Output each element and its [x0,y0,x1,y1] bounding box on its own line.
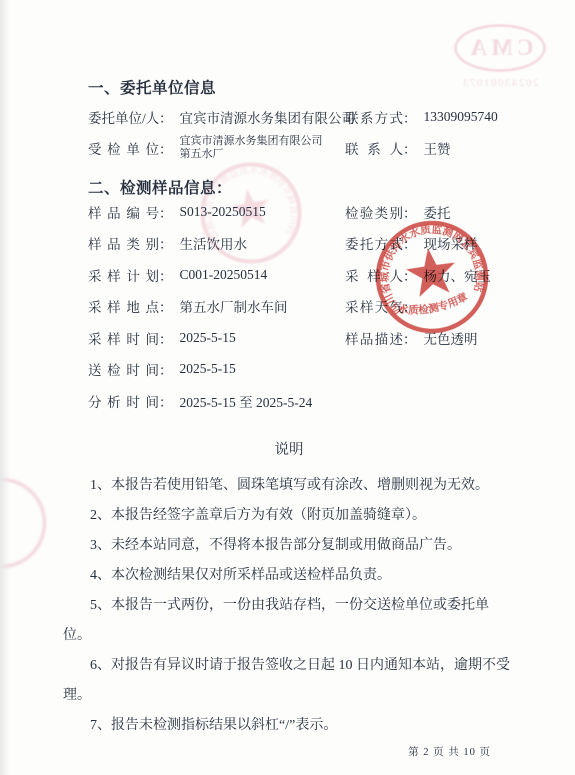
cma-watermark: CMA 20243001073 [452,24,548,89]
field-label: 采样地点 [88,296,159,316]
section1-title: 一、委托单位信息 [88,76,216,98]
field-label: 样品类别 [88,233,159,253]
scan-edge-shadow [0,0,10,775]
field-value: 生活饮用水 [180,233,248,253]
field-value: 第五水厂制水车间 [180,296,288,316]
field-value: 2025-5-15 [180,330,236,346]
cma-certificate-number: 20243001073 [452,77,548,89]
note-item: 7、报告未检测指标结果以斜杠“/”表示。 [63,711,515,741]
field-label: 送检时间 [88,359,159,379]
cma-logo-icon: CMA [454,24,546,72]
field-row-inspected-unit: 受检单位： 宜宾市清源水务集团有限公司 第五水厂 联系人： 王赞 [88,128,520,168]
note-item: 6、对报告有异议时请于报告签收之日起 10 日内通知本站，逾期不受理。 [63,651,515,711]
field-label: 采样时间 [88,328,159,348]
field-label: 样品编号 [88,202,159,222]
svg-text:水质检测专用章: 水质检测专用章 [395,289,471,320]
note-item: 5、本报告一式两份，一份由我站存档，一份交送检单位或委托单位。 [63,591,515,651]
field-row-delivery-time: 送检时间： 2025-5-15 [88,355,520,383]
field-label: 联系人 [345,138,403,158]
notes-title: 说明 [63,438,515,463]
field-label: 受检单位 [88,138,159,158]
field-value: 宜宾市清源水务集团有限公司 [180,107,356,127]
notes-section: 说明 1、本报告若使用铅笔、圆珠笔填写或有涂改、增删则视为无效。 2、本报告经签… [63,438,515,741]
field-label: 分析时间 [88,391,159,411]
scanned-report-page: { "ink_color": "#26303e", "punct": { "co… [0,0,575,775]
field-value: 2025-5-15 至 2025-5-24 [180,391,313,411]
star-icon [404,245,459,298]
field-label: 委托单位/人 [88,107,159,127]
field-value: C001-20250514 [180,267,268,283]
field-value: 13309095740 [424,109,498,125]
note-item: 1、本报告若使用铅笔、圆珠笔填写或有涂改、增删则视为无效。 [63,471,515,501]
field-label: 联系方式 [345,107,403,127]
note-item: 3、未经本站同意，不得将本报告部分复制或用做商品广告。 [63,531,515,561]
stamp-bottom-text: 水质检测专用章 [395,289,471,320]
field-value: 宜宾市清源水务集团有限公司 第五水厂 [180,135,323,161]
field-value: 2025-5-15 [180,361,236,377]
section2-title: 二、检测样品信息： [88,176,232,198]
note-item: 4、本次检测结果仅对所采样品或送检样品负责。 [63,561,515,591]
note-item: 2、本报告经签字盖章后方为有效（附页加盖骑缝章）。 [63,501,515,531]
field-value: S013-20250515 [180,204,266,220]
page-number: 第 2 页 共 10 页 [408,744,491,759]
official-round-stamp: 四川省城市供排水水质监测网宜宾监测站 水质检测专用章 [353,198,511,356]
field-row-analysis-time: 分析时间： 2025-5-15 至 2025-5-24 [88,387,520,415]
field-label: 采样计划 [88,265,159,285]
field-value: 王赞 [424,138,451,158]
